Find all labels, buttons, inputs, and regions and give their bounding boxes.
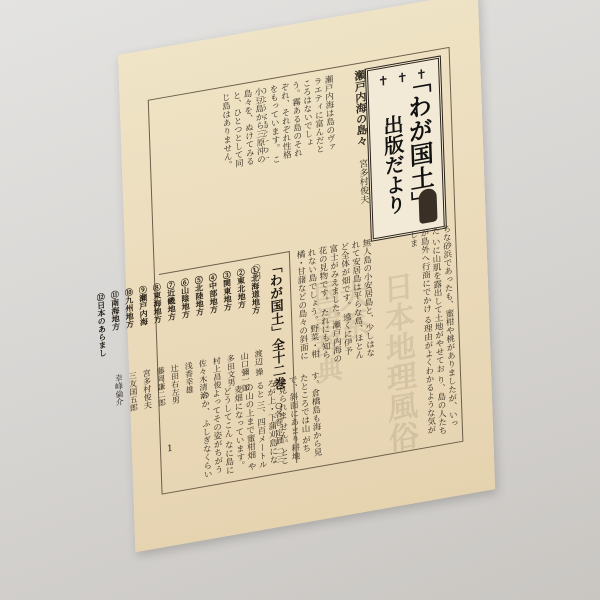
volume-name: ⑦近畿地方 — [166, 280, 180, 361]
volume-author: 辻田右左男 — [169, 363, 181, 405]
volume-item: ⑩九州地方三友国五郎 — [124, 287, 139, 412]
volume-name: ⑫日本のあらまし — [96, 292, 110, 373]
volume-author — [99, 376, 110, 378]
volume-name: ⑪南海地方 — [110, 290, 124, 371]
volume-author: 多田文男 — [225, 353, 237, 387]
volume-item: ⑥山陰地方浅香幸雄 — [180, 277, 195, 402]
volume-author: 村上昌俊 — [211, 356, 223, 390]
essay-column-3: ちな砂浜であったも、蜜柑や桃がありましたが、いった いに山肌を露出して土地がやせ… — [373, 224, 458, 447]
masthead-subtitle: 出版だより — [378, 112, 410, 217]
volume-author: 浅香幸雄 — [183, 361, 195, 395]
volume-author: 幸峰倫介 — [113, 373, 125, 407]
series-listing: 「わが国土」全十二巻 ○各巻 定価 二三〇円 ①北海道地方渡辺 操②東北地方山口… — [159, 251, 297, 486]
volume-item: ⑨瀬戸内海宮多村俊夫 — [138, 285, 153, 410]
content-frame: 日本地理風俗大系 国語辞典 ✝ ✝ ✝ 「わが国土」 出版だより 瀬戸内海の島々… — [148, 47, 464, 495]
volume-name: ⑤北陸地方 — [194, 275, 208, 356]
volume-item: ④中部地方村上昌俊 — [208, 272, 223, 397]
volume-author: 佐々木清治 — [197, 358, 209, 400]
essay-column-1: 小豆島から三原沖の島々を、ぬけてみると、ひとつとして同じ島はありません。 — [153, 87, 266, 186]
volume-author: 藤岡謙二郎 — [155, 366, 167, 408]
volume-name: ⑥山陰地方 — [180, 277, 194, 358]
volume-author: 渡辺 操 — [253, 349, 265, 377]
essay-intro: 瀬戸内海は島のヴァラエティに富んだところはないでしょう。霧ある島のそれぞれ、それ… — [263, 74, 336, 166]
volume-item: ⑧東海地方藤岡謙二郎 — [152, 282, 167, 407]
volume-name: ②東北地方 — [236, 267, 250, 348]
leaflet-page: 日本地理風俗大系 国語辞典 ✝ ✝ ✝ 「わが国土」 出版だより 瀬戸内海の島々… — [118, 0, 495, 552]
volume-item: ⑦近畿地方辻田右左男 — [166, 280, 181, 405]
volume-author: 山口彌一郎 — [239, 351, 251, 393]
essay-column-2: 無人島の小安居島と、少しはなれて安居島は平らな島、ほとんど全体が畑です。 遠くに… — [291, 238, 375, 371]
essay-author: 宮多村俊夫 — [357, 158, 369, 205]
volume-name: ④中部地方 — [208, 272, 222, 353]
page-number: 1 — [167, 444, 173, 455]
volume-item: ⑪南海地方幸峰倫介 — [110, 290, 125, 415]
masthead: ✝ ✝ ✝ 「わが国土」 出版だより — [365, 55, 447, 241]
volume-item: ⑤北陸地方佐々木清治 — [194, 275, 209, 400]
volume-author: 三友国五郎 — [127, 371, 139, 413]
volume-item: ②東北地方山口彌一郎 — [236, 267, 251, 392]
essay-heading: 瀬戸内海の島々 宮多村俊夫 — [335, 69, 371, 233]
volume-name: ⑩九州地方 — [124, 287, 138, 368]
volume-list: ①北海道地方渡辺 操②東北地方山口彌一郎③関東地方多田文男④中部地方村上昌俊⑤北… — [96, 265, 265, 417]
volume-author: 宮多村俊夫 — [141, 368, 153, 410]
volume-name: ⑨瀬戸内海 — [138, 285, 152, 366]
volume-item: ⑫日本のあらまし — [96, 292, 111, 417]
volume-item: ③関東地方多田文男 — [222, 270, 237, 395]
volume-name: ③関東地方 — [222, 270, 236, 351]
haniwa-figure-icon — [418, 187, 437, 224]
volume-name: ⑧東海地方 — [152, 282, 166, 363]
